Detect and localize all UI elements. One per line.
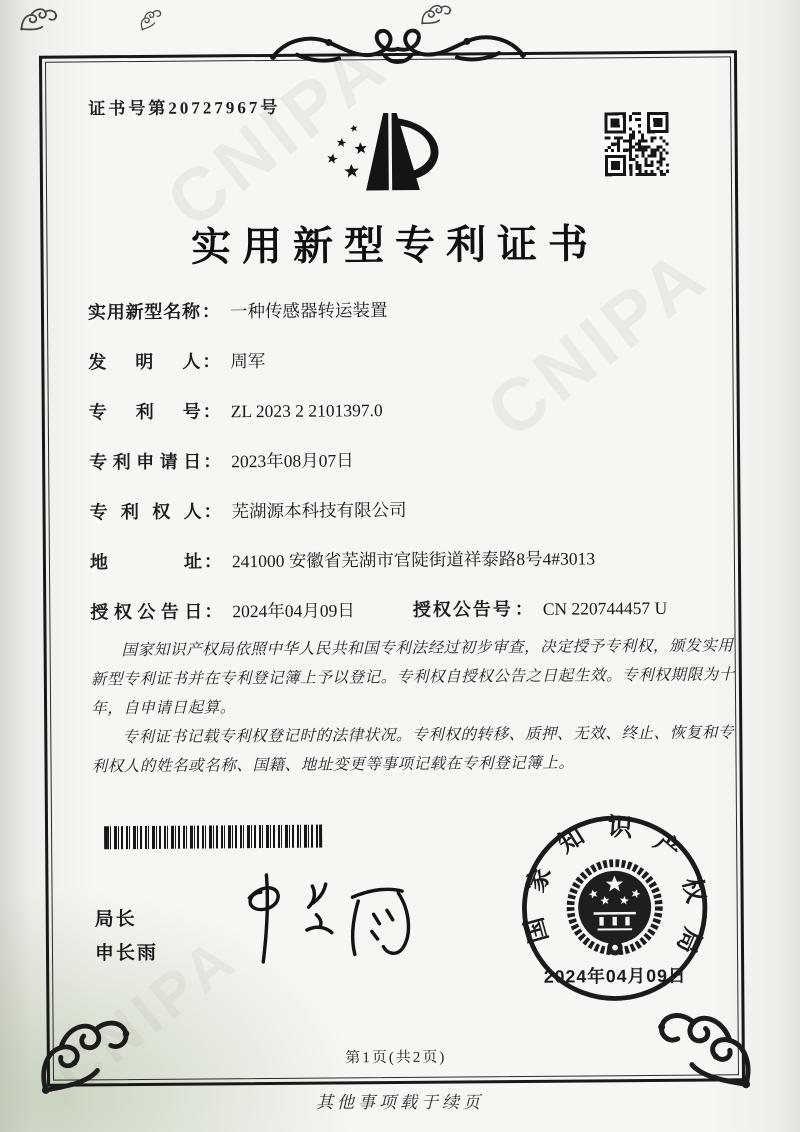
certificate-frame: 证书号第20727967号 [39,50,745,1086]
handwritten-signature-icon [224,868,435,966]
certificate-title: 实用新型专利证书 [43,211,735,273]
fields-section: 实用新型名称：一种传感器转运装置 发明人：周军 专利号：ZL 2023 2 21… [88,293,739,648]
legal-text-section: 国家知识产权局依照中华人民共和国专利法经过初步审查，决定授予专利权，颁发实用新型… [91,631,738,781]
field-label: 专利号 [89,397,201,424]
field-value: 241000 安徽省芜湖市官陡街道祥泰路8号4#3013 [232,548,595,571]
field-row-patentee: 专利权人：芜湖源本科技有限公司 [89,493,737,548]
continuation-note: 其他事项载于续页 [0,1088,800,1113]
field-label: 专利申请日 [89,447,201,474]
barcode [104,825,322,850]
field-label: 地址 [90,547,202,574]
field-value: 一种传感器转运装置 [230,300,388,321]
field-colon: ： [203,451,221,471]
certificate-number: 证书号第20727967号 [88,93,280,120]
seal-date: 2024年04月09日 [544,965,687,987]
field-row-address: 地址：241000 安徽省芜湖市官陡街道祥泰路8号4#3013 [90,543,738,598]
ornament-fragment-icon [16,0,64,40]
field-row-filing-date: 专利申请日：2023年08月07日 [89,443,737,498]
ornament-top-flourish-icon [267,25,529,73]
patent-certificate-photo: CNIPA CNIPA CNIPA 证书号第20727967号 [0,0,800,1132]
cnipa-logo-icon [308,95,477,214]
field-label: 实用新型名称 [88,298,200,325]
field-value: 芜湖源本科技有限公司 [231,500,406,521]
field-colon: ： [515,599,533,619]
grant-number-value: CN 220744457 U [543,598,668,619]
signer-name: 申长雨 [95,938,158,965]
field-value: 2024年04月09日 [232,600,355,621]
grant-number-label: 授权公告号 [413,595,513,622]
field-row-patent-number: 专利号：ZL 2023 2 2101397.0 [89,393,737,448]
field-value: ZL 2023 2 2101397.0 [231,400,383,421]
field-label: 专利权人 [89,497,201,524]
field-colon: ： [202,301,220,321]
field-row-inventor: 发明人：周军 [88,343,736,398]
field-row-utility-name: 实用新型名称：一种传感器转运装置 [88,293,736,348]
field-colon: ： [204,601,222,621]
page-indicator: 第1页(共2页) [50,1043,742,1069]
national-emblem-icon [570,863,659,956]
official-seal: 国家知识产权局 2 [518,812,712,1006]
ornament-fragment-icon [136,4,165,31]
qr-code-icon [604,112,669,177]
field-colon: ： [204,551,222,571]
field-value: 2023年08月07日 [231,450,354,471]
field-colon: ： [203,501,221,521]
field-label: 发明人 [88,347,200,374]
field-label: 授权公告日 [90,597,202,624]
field-colon: ： [203,401,221,421]
field-value: 周军 [230,351,265,371]
signer-title: 局长 [95,904,137,931]
field-colon: ： [202,351,220,371]
legal-paragraph: 专利证书记载专利权登记时的法律状况。专利权的转移、质押、无效、终止、恢复和专利权… [91,718,737,781]
legal-paragraph: 国家知识产权局依照中华人民共和国专利法经过初步审查，决定授予专利权，颁发实用新型… [91,631,738,723]
